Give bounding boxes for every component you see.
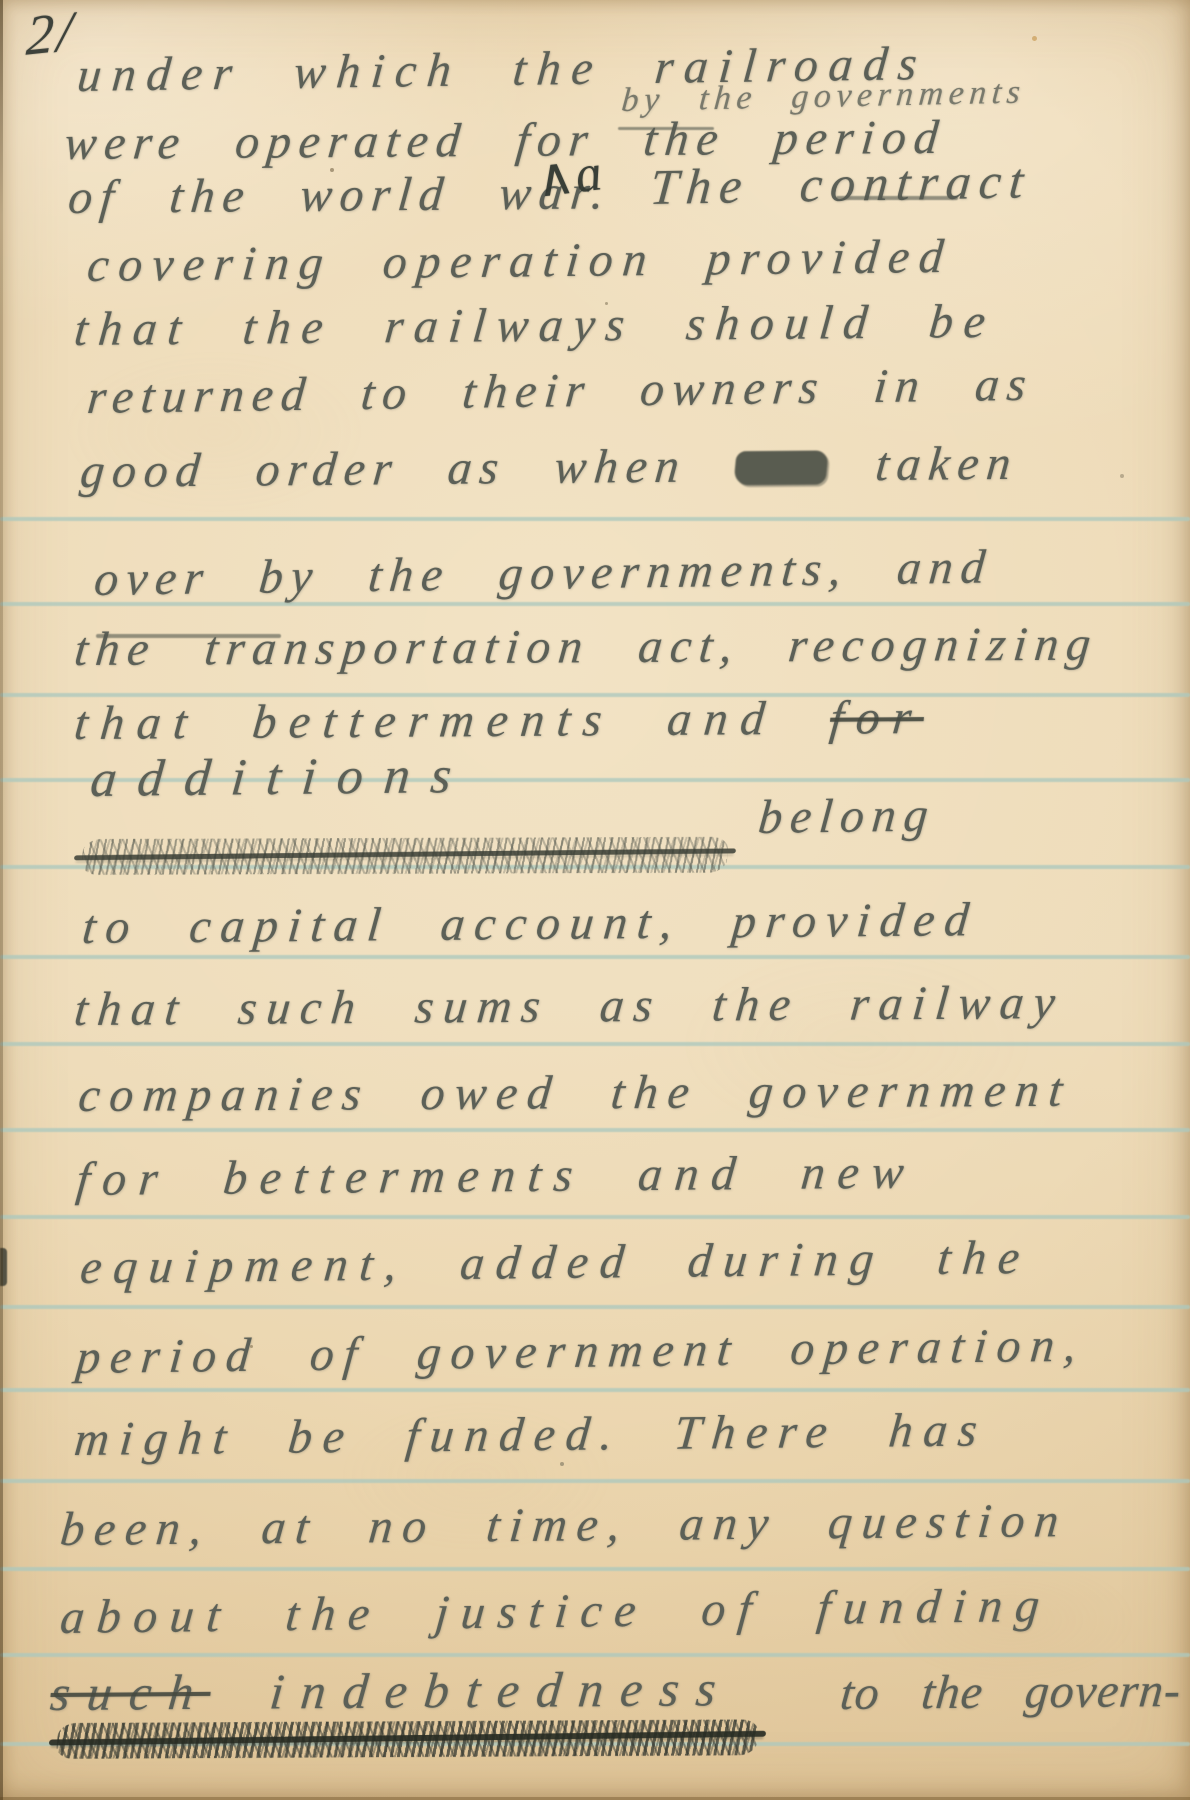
manuscript-paper: 2/ under which the railroadsby the gover… [0, 0, 1190, 1800]
underline-below-insertion [618, 127, 714, 130]
stray-stroke-above-transportation [96, 634, 281, 638]
text-segment: additions [88, 747, 475, 808]
ruled-line [0, 1215, 1190, 1219]
handwritten-line: that such sums as the railway [72, 975, 1067, 1037]
text-segment: good order as when [78, 439, 738, 498]
scan-edge-shadow-left [0, 0, 3, 1800]
text-segment: of the world war. [66, 166, 614, 224]
paper-speck [250, 1345, 253, 1348]
text-segment: covering operation provided [85, 230, 955, 292]
text-segment: that the railways should be [72, 295, 998, 356]
text-segment: might be funded. There has [72, 1403, 990, 1466]
scanned-page: 2/ under which the railroadsby the gover… [0, 0, 1190, 1800]
crossed-out-line [80, 822, 731, 879]
handwritten-line: been, at no time, any question [58, 1493, 1071, 1557]
ruled-line [0, 1305, 1190, 1309]
text-segment: been, at no time, any question [58, 1494, 1071, 1556]
crossed-out-text [80, 837, 729, 875]
handwritten-line: the transportation act, recognizing [72, 617, 1101, 677]
ruled-line [0, 1567, 1190, 1571]
text-segment: equipment, added during the [78, 1231, 1033, 1294]
handwritten-line: good order as when taken [78, 436, 1021, 499]
handwritten-line: of the world war. [66, 165, 614, 225]
overline-above-contract [836, 196, 958, 200]
handwritten-line: to the govern- [838, 1663, 1184, 1721]
ruled-line [0, 1042, 1190, 1046]
text-segment: taken [825, 437, 1021, 492]
handwritten-line: belong [756, 788, 938, 845]
paper-speck [1120, 474, 1124, 478]
handwritten-line: to capital account, provided [80, 892, 981, 955]
text-segment: The contract [648, 152, 1034, 215]
text-segment: over by the governments, and [92, 540, 995, 606]
paper-speck [605, 302, 608, 305]
text-segment: to the govern- [838, 1664, 1184, 1720]
text-segment: belong [756, 789, 938, 844]
handwritten-line: might be funded. There has [72, 1402, 990, 1467]
handwritten-line: for betterments and new [74, 1145, 919, 1207]
crossed-out-text [55, 1719, 759, 1759]
text-segment: the transportation act, recognizing [72, 618, 1101, 676]
scribbled-out-word [733, 450, 828, 485]
page-number: 2/ [25, 0, 76, 69]
ruled-line [0, 517, 1190, 521]
text-segment: period of government operation, [74, 1319, 1088, 1384]
handwritten-line: The contract [648, 151, 1034, 216]
ruled-line [0, 955, 1190, 959]
text-segment: about the justice of funding [58, 1579, 1054, 1644]
ruled-line [0, 1388, 1190, 1392]
text-segment: for betterments and new [74, 1146, 919, 1206]
text-segment: companies owed the government [76, 1064, 1074, 1122]
paper-speck [330, 168, 334, 172]
handwritten-line: equipment, added during the [78, 1230, 1034, 1295]
paper-speck [560, 1462, 564, 1466]
crossed-out-line [55, 1704, 761, 1763]
ruled-line [0, 1653, 1190, 1657]
text-segment: to capital account, provided [80, 893, 981, 954]
text-segment: that betterments and [72, 692, 833, 750]
paper-speck [1032, 36, 1037, 41]
text-segment: for [828, 691, 927, 745]
ruled-line [0, 1128, 1190, 1132]
handwritten-line: companies owed the government [76, 1063, 1075, 1123]
handwritten-line: that the railways should be [72, 294, 998, 357]
text-segment: that such sums as the railway [72, 976, 1067, 1036]
handwritten-line: that betterments and for [72, 690, 927, 751]
handwritten-line: covering operation provided [85, 229, 955, 293]
insertion-caret-mark: ∧ɑ [533, 142, 607, 210]
ruled-line [0, 1479, 1190, 1483]
handwritten-line: additions [88, 746, 475, 809]
